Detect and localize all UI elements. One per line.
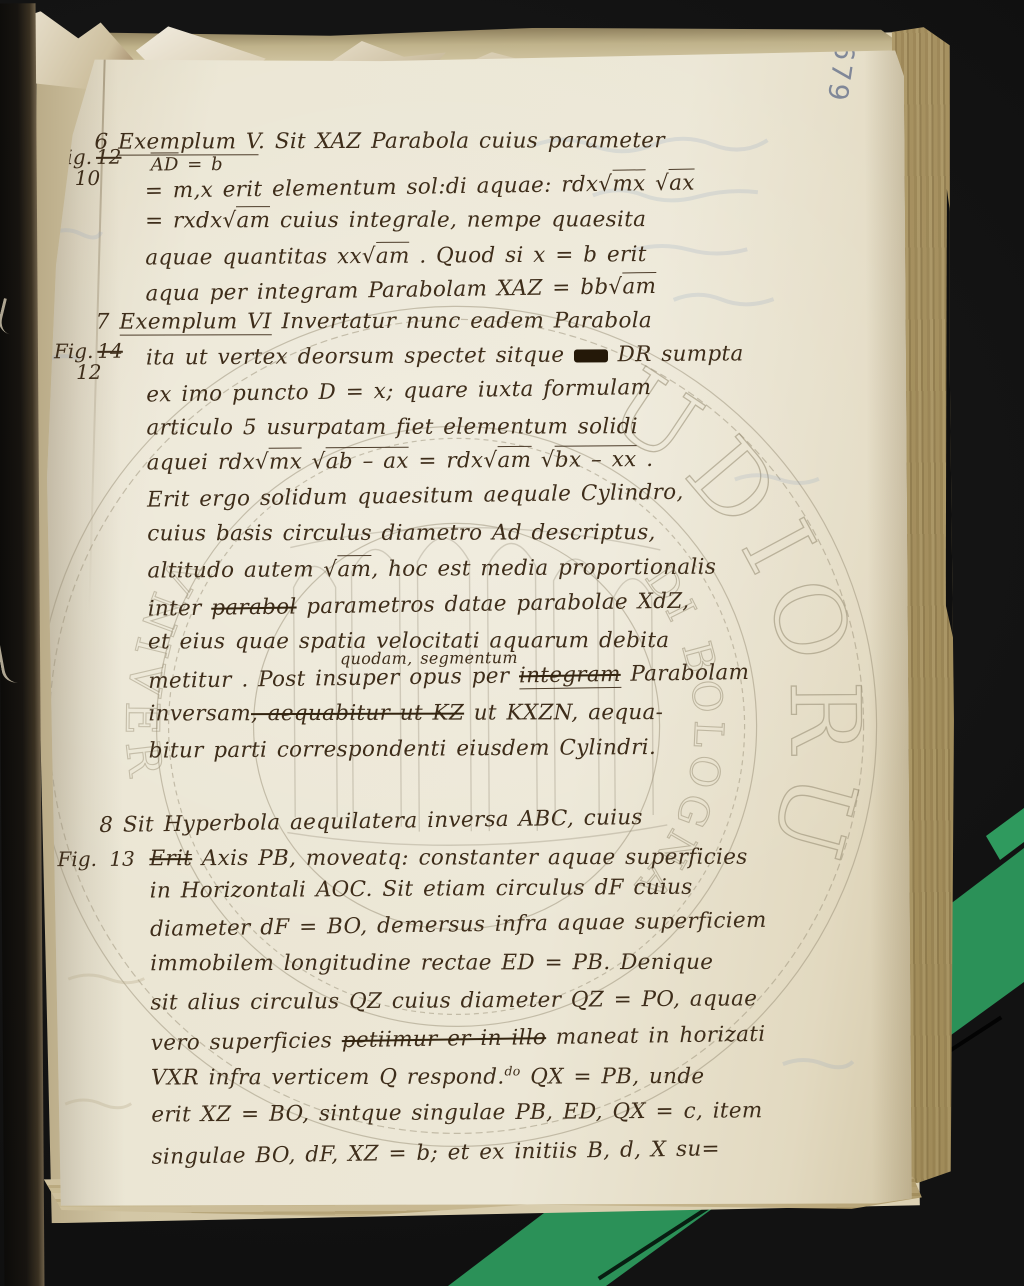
- photograph: UDIORUM VNIVERSITA DI BOLOGNA: [0, 0, 1024, 1286]
- manuscript-line: metitur . Post insuper opus per integram…: [148, 660, 749, 694]
- manuscript-line: 8 Sit Hyperbola aequilatera inversa ABC,…: [99, 805, 643, 838]
- manuscript-line: bitur parti correspondenti eiusdem Cylin…: [149, 735, 656, 764]
- manuscript-line: Erit Axis PB, moveatq: constanter aquae …: [149, 845, 747, 872]
- manuscript-line: ex imo puncto D = x; quare iuxta formula…: [146, 375, 651, 407]
- manuscript-line: = rxdx√am cuius integrale, nempe quaesit…: [145, 207, 646, 233]
- manuscript-line: vero superficies petiimur er in illo man…: [151, 1022, 766, 1056]
- manuscript-line: inversam, aequabitur ut KZ ut KXZN, aequ…: [148, 700, 663, 726]
- manuscript-line: aquei rdx√mx √ab – ax = rdx√am √bx – xx …: [147, 447, 654, 476]
- manuscript-line: ita ut vertex deorsum spectet sitque ≡ D…: [146, 341, 744, 370]
- manuscript-line: 7 Exemplum VI Invertatur nunc eadem Para…: [96, 308, 652, 334]
- manuscript-line: inter parabol parametros datae parabolae…: [148, 589, 690, 622]
- manuscript-line: AD = b: [151, 154, 223, 176]
- manuscript-line: = m,x erit elementum sol:di aquae: rdx√m…: [145, 171, 695, 204]
- manuscript-line: sit alius circulus QZ cuius diameter QZ …: [150, 986, 757, 1015]
- manuscript-book: UDIORUM VNIVERSITA DI BOLOGNA: [0, 0, 1024, 1286]
- manuscript-line: altitudo autem √am, hoc est media propor…: [147, 555, 716, 584]
- manuscript-line: articulo 5 usurpatam fiet elementum soli…: [146, 414, 638, 440]
- manuscript-line: VXR infra verticem Q respond.do QX = PB,…: [151, 1063, 704, 1091]
- manuscript-line: immobilem longitudine rectae ED = PB. De…: [150, 950, 713, 976]
- manuscript-lines: 6 Exemplum V. Sit XAZ Parabola cuius par…: [32, 23, 912, 1209]
- manuscript-line: cuius basis circulus diametro Ad descrip…: [147, 520, 656, 546]
- manuscript-line: aqua per integram Parabolam XAZ = bb√am: [145, 274, 656, 307]
- manuscript-line: in Horizontali AOC. Sit etiam circulus d…: [150, 875, 693, 904]
- manuscript-page: UDIORUM VNIVERSITA DI BOLOGNA: [32, 23, 912, 1209]
- manuscript-line: 6 Exemplum V. Sit XAZ Parabola cuius par…: [94, 128, 664, 154]
- manuscript-line: aquae quantitas xx√am . Quod si x = b er…: [145, 242, 647, 270]
- manuscript-line: Erit ergo solidum quaesitum aequale Cyli…: [147, 480, 684, 513]
- manuscript-line: diameter dF = BO, demersus infra aquae s…: [150, 908, 767, 942]
- manuscript-line: erit XZ = BO, sintque singulae PB, ED, Q…: [151, 1098, 762, 1127]
- manuscript-line: singulae BO, dF, XZ = b; et ex initiis B…: [151, 1136, 720, 1169]
